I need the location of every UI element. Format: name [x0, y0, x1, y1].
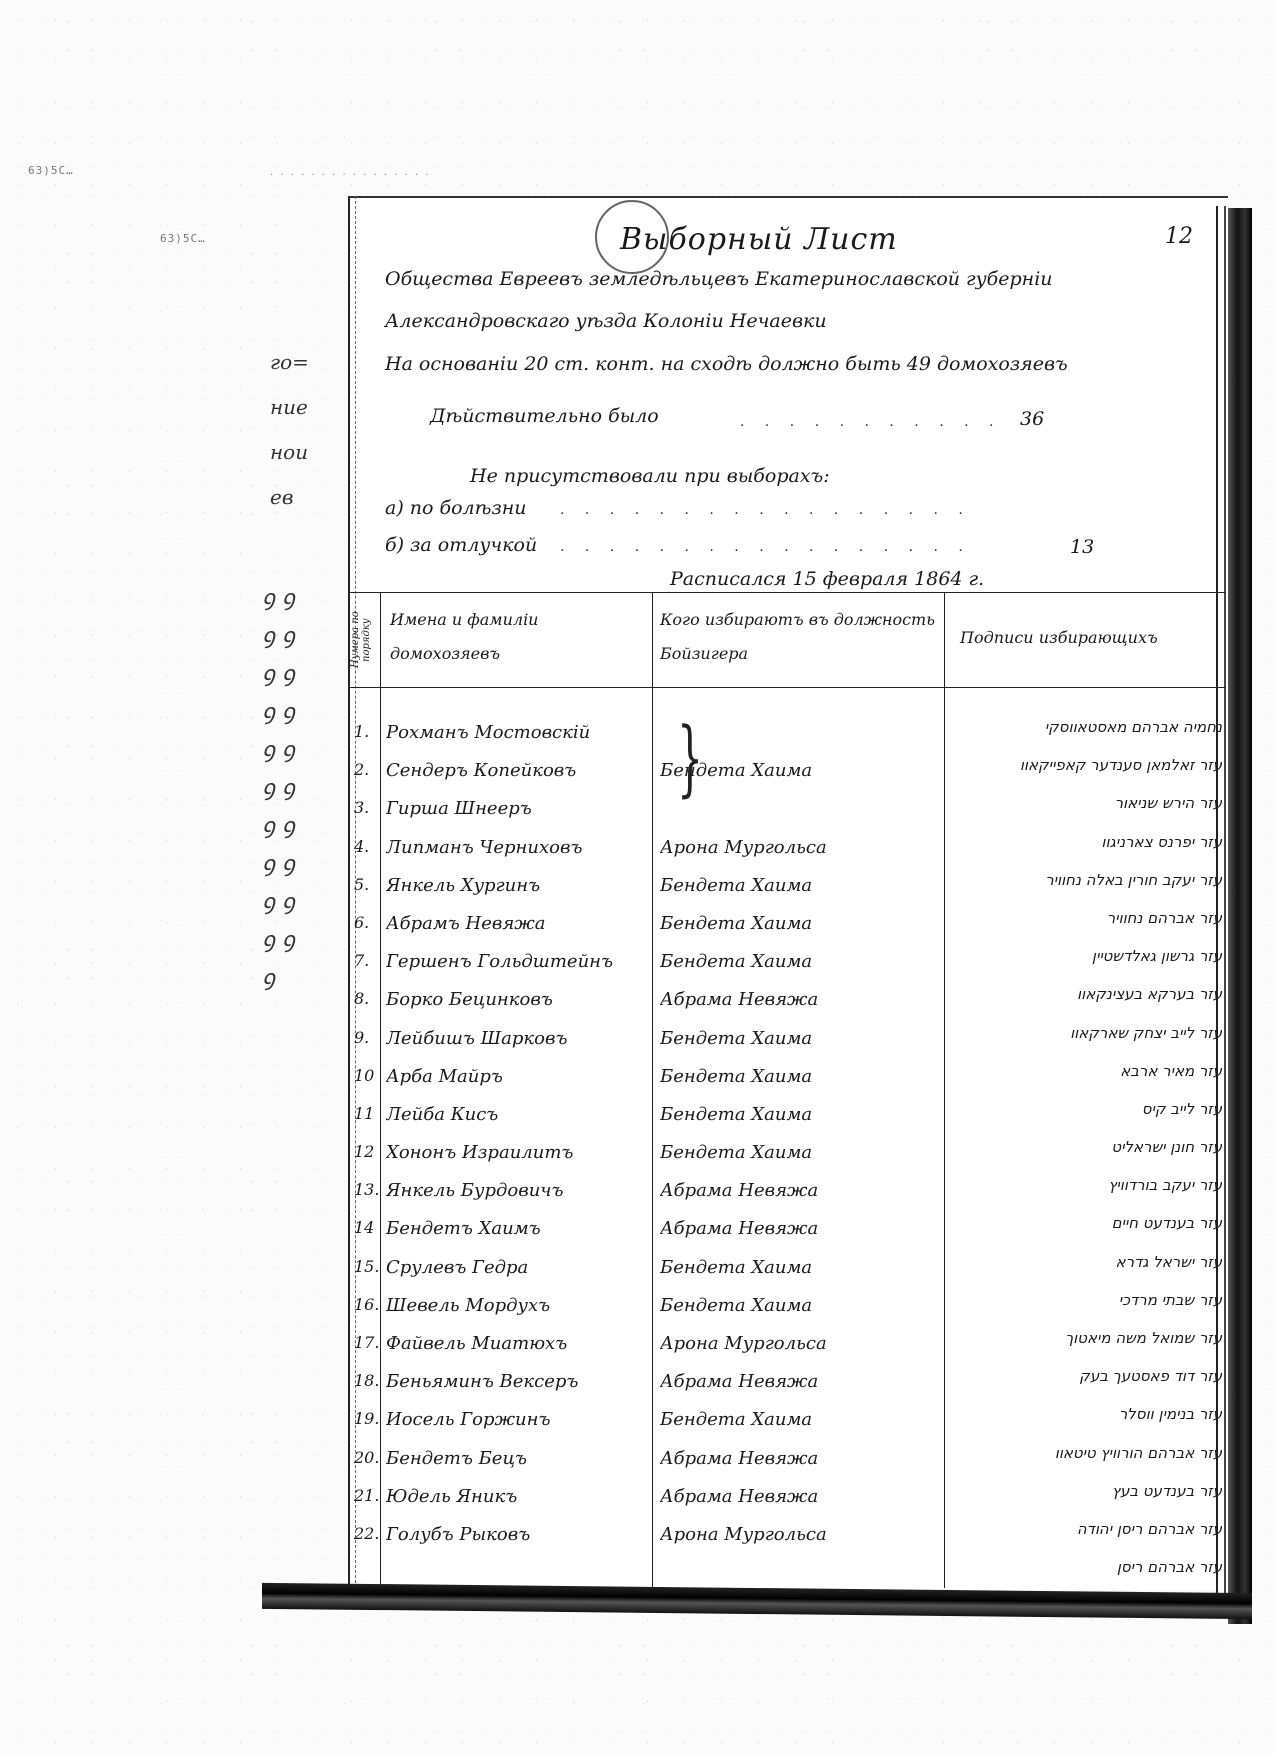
signature: עזר אברהם הורוויץ טיטאוו — [954, 1444, 1222, 1462]
row-number: 21. — [354, 1486, 379, 1505]
table-row: 17.Файвель МиатюхъАрона Мургольсаעזר שמו… — [348, 1329, 1226, 1367]
candidate: Арона Мургольса — [660, 1333, 944, 1354]
row-number: 7. — [354, 951, 369, 970]
leader-dots: · · · · · · · · · · · · · · · · · — [560, 506, 971, 522]
row-number: 20. — [354, 1448, 379, 1467]
candidate: Бендета Хаима — [660, 1295, 944, 1316]
table-row: 1.Рохманъ Мостовскійנחמיה אברהם מאסטאווס… — [348, 718, 1226, 756]
row-number: 3. — [354, 798, 369, 817]
header-line: Общества Евреевъ земледѣльцевъ Екатерино… — [385, 268, 1053, 290]
signature: עזר בענדעט חיים — [954, 1214, 1222, 1232]
absent-away-count: 13 — [1070, 536, 1094, 558]
signature: עזר בערקא בעצינקאוו — [954, 985, 1222, 1003]
table-row: 10Арба МайръБендета Хаимаעזר מאיר ארבא — [348, 1062, 1226, 1100]
header-signature: Подписи избирающихъ — [960, 621, 1220, 655]
signature: עזר מאיר ארבא — [954, 1062, 1222, 1080]
header-candidate: Кого избираютъ въ должность Бойзигера — [660, 603, 940, 671]
table-row: 20.Бендетъ БецъАбрама Невяжаעזר אברהם הו… — [348, 1444, 1226, 1482]
header-line: Александровскаго уѣзда Колоніи Нечаевки — [385, 310, 827, 332]
signature: עזר זאלמאן סענדער קאפייקאוו — [954, 756, 1222, 774]
candidate: Абрама Невяжа — [660, 1371, 944, 1392]
candidate: Абрама Невяжа — [660, 1218, 944, 1239]
candidate: Арона Мургольса — [660, 1524, 944, 1545]
table-row: 7.Гершенъ ГольдштейнъБендета Хаимаעזר גר… — [348, 947, 1226, 985]
absent-item-illness: а) по болѣзни — [385, 497, 527, 519]
signature: עזר דוד פאסטעך בעק — [954, 1367, 1222, 1385]
table-row: 13.Янкель БурдовичъАбрама Невяжаעזר יעקב… — [348, 1176, 1226, 1214]
table-row: 15.Срулевъ ГедраБендета Хаимаעזר ישראל ג… — [348, 1253, 1226, 1291]
signature: עזר לייב יצחק שארקאוו — [954, 1024, 1222, 1042]
householder-name: Беньяминъ Вексеръ — [386, 1371, 651, 1392]
book-binding — [1228, 208, 1252, 1624]
row-number: 19. — [354, 1409, 379, 1428]
table-row: 21.Юдель ЯникъАбрама Невяжаעזר בענדעט בע… — [348, 1482, 1226, 1520]
table-row: 16.Шевель МордухъБендета Хаимаעזר שבתי מ… — [348, 1291, 1226, 1329]
date-line: Расписался 15 февраля 1864 г. — [670, 568, 984, 590]
table-row: 6.Абрамъ НевяжаБендета Хаимаעזר אברהם נח… — [348, 909, 1226, 947]
margin-fragment: нои — [270, 440, 350, 485]
signature: עזר לייב קיס — [954, 1100, 1222, 1118]
row-number: 13. — [354, 1180, 379, 1199]
candidate: Абрама Невяжа — [660, 1448, 944, 1469]
householder-name: Бендетъ Бецъ — [386, 1448, 651, 1469]
signature: עזר יפרנס צארניגוו — [954, 833, 1222, 851]
signature: עזר יעקב בורדוויץ — [954, 1176, 1222, 1194]
header-dots: · · · · · · · · · · · · · · · · — [270, 170, 431, 181]
candidate: Бендета Хаима — [660, 1142, 944, 1163]
householder-name: Шевель Мордухъ — [386, 1295, 651, 1316]
present-label: Дѣйствительно было — [430, 405, 659, 427]
row-number: 11 — [354, 1104, 374, 1123]
householder-name: Борко Бецинковъ — [386, 989, 651, 1010]
margin-stamp: 63)5С… — [160, 232, 206, 245]
table-row: 22.Голубъ РыковъАрона Мургольсаעזר אברהם… — [348, 1520, 1226, 1558]
row-number: 18. — [354, 1371, 379, 1390]
row-number: 10 — [354, 1066, 374, 1085]
householder-name: Лейба Кисъ — [386, 1104, 651, 1125]
householder-name: Файвель Миатюхъ — [386, 1333, 651, 1354]
householder-name: Гирша Шнееръ — [386, 798, 651, 819]
table-header: Нумера по порядку Имена и фамиліи домохо… — [348, 592, 1226, 688]
table-row: 8.Борко БецинковъАбрама Невяжаעזר בערקא … — [348, 985, 1226, 1023]
candidate: Бендета Хаима — [660, 1028, 944, 1049]
table-row: 19.Иосель ГоржинъБендета Хаимаעזר בנימין… — [348, 1405, 1226, 1443]
leader-dots: · · · · · · · · · · · · · · · · · — [560, 543, 971, 559]
row-number: 22. — [354, 1524, 379, 1543]
signature: עזר הירש שניאור — [954, 794, 1222, 812]
signature: עזר שמואל משה מיאטוך — [954, 1329, 1222, 1347]
signature: עזר יעקב חורין באלה נחוויר — [954, 871, 1222, 889]
householder-name: Янкель Бурдовичъ — [386, 1180, 651, 1201]
row-number: 15. — [354, 1257, 379, 1276]
signature: נחמיה אברהם מאסטאווסקי — [954, 718, 1222, 736]
signature: עזר חונן ישראליט — [954, 1138, 1222, 1156]
margin-stamp: 63)5С… — [28, 164, 74, 177]
margin-fragment: ние — [270, 395, 350, 440]
householder-name: Хононъ Израилитъ — [386, 1142, 651, 1163]
table-row: 5.Янкель ХургинъБендета Хаимаעזר יעקב חו… — [348, 871, 1226, 909]
candidate: Бендета Хаима — [660, 1104, 944, 1125]
signature: עזר בענדעט בעץ — [954, 1482, 1222, 1500]
candidate: Абрама Невяжа — [660, 1180, 944, 1201]
row-number: 1. — [354, 722, 369, 741]
row-number: 4. — [354, 837, 369, 856]
row-number: 2. — [354, 760, 369, 779]
candidate: Бендета Хаима — [660, 875, 944, 896]
row-number: 16. — [354, 1295, 379, 1314]
candidate: Бендета Хаима — [660, 1409, 944, 1430]
row-number: 12 — [354, 1142, 374, 1161]
left-margin-marks: ꝯ ꝯ ꝯ ꝯ ꝯ ꝯ ꝯ ꝯ ꝯ ꝯ ꝯ ꝯ ꝯ ꝯ ꝯ ꝯ ꝯ ꝯ ꝯ ꝯ … — [262, 580, 312, 1400]
householder-name: Бендетъ Хаимъ — [386, 1218, 651, 1239]
signature: עזר שבתי מרדכי — [954, 1291, 1222, 1309]
householder-name: Голубъ Рыковъ — [386, 1524, 651, 1545]
candidate: Бендета Хаима — [660, 913, 944, 934]
householder-name: Срулевъ Гедра — [386, 1257, 651, 1278]
signature: עזר ישראל גדרא — [954, 1253, 1222, 1271]
householder-name: Гершенъ Гольдштейнъ — [386, 951, 651, 972]
margin-fragment: ев — [270, 485, 350, 530]
row-number: 8. — [354, 989, 369, 1008]
householder-name: Сендеръ Копейковъ — [386, 760, 651, 781]
signature: עזר גרשון גאלדשטיין — [954, 947, 1222, 965]
householder-name: Иосель Горжинъ — [386, 1409, 651, 1430]
householder-name: Янкель Хургинъ — [386, 875, 651, 896]
left-page-fragments: го= ние нои ев — [270, 350, 350, 530]
folio-number: 12 — [1165, 224, 1193, 249]
leader-dots: · · · · · · · · · · · — [740, 418, 1001, 434]
election-table: Нумера по порядку Имена и фамиліи домохо… — [348, 592, 1226, 1588]
table-body: 1.Рохманъ Мостовскійנחמיה אברהם מאסטאווס… — [348, 718, 1226, 1596]
header-line: На основаніи 20 ст. конт. на сходѣ должн… — [385, 353, 1068, 375]
householder-name: Юдель Яникъ — [386, 1486, 651, 1507]
table-row: 12Хононъ ИзраилитъБендета Хаимаעזר חונן … — [348, 1138, 1226, 1176]
header-number: Нумера по порядку — [350, 597, 378, 683]
householder-name: Рохманъ Мостовскій — [386, 722, 651, 743]
row-number: 9. — [354, 1028, 369, 1047]
table-row: 2.Сендеръ КопейковъБендета Хаимаעזר זאלמ… — [348, 756, 1226, 794]
householder-name: Арба Майръ — [386, 1066, 651, 1087]
candidate: Бендета Хаима — [660, 1257, 944, 1278]
absent-item-away: б) за отлучкой — [385, 534, 537, 556]
row-number: 17. — [354, 1333, 379, 1352]
signature: עזר אברהם ריסן יהודה — [954, 1520, 1222, 1538]
table-row: 9.Лейбишъ ШарковъБендета Хаимаעזר לייב י… — [348, 1024, 1226, 1062]
householder-name: Абрамъ Невяжа — [386, 913, 651, 934]
householder-name: Липманъ Черниховъ — [386, 837, 651, 858]
table-row: 11Лейба КисъБендета Хаимаעזר לייב קיס — [348, 1100, 1226, 1138]
row-number: 5. — [354, 875, 369, 894]
candidate: Бендета Хаима — [660, 951, 944, 972]
margin-fragment: го= — [270, 350, 350, 395]
candidate: Бендета Хаима — [660, 1066, 944, 1087]
signature: עזר אברהם נחוויר — [954, 909, 1222, 927]
candidate: Абрама Невяжа — [660, 989, 944, 1010]
document-title: Выборный Лист — [620, 222, 898, 257]
table-row-extra: עזר אברהם ריסן — [348, 1558, 1226, 1596]
table-row: 18.Беньяминъ ВексеръАбрама Невяжаעזר דוד… — [348, 1367, 1226, 1405]
grouping-brace: } — [677, 718, 703, 800]
householder-name: Лейбишъ Шарковъ — [386, 1028, 651, 1049]
signature: עזר בנימין ווסלר — [954, 1405, 1222, 1423]
candidate: Арона Мургольса — [660, 837, 944, 858]
row-number: 14 — [354, 1218, 374, 1237]
table-row: 4.Липманъ ЧерниховъАрона Мургольсаעזר יפ… — [348, 833, 1226, 871]
absent-heading: Не присутствовали при выборахъ: — [470, 465, 830, 487]
table-row: 3.Гирша Шнееръעזר הירש שניאור — [348, 794, 1226, 832]
signature: עזר אברהם ריסן — [954, 1558, 1222, 1576]
row-number: 6. — [354, 913, 369, 932]
candidate: Абрама Невяжа — [660, 1486, 944, 1507]
table-row: 14Бендетъ ХаимъАбрама Невяжаעזר בענדעט ח… — [348, 1214, 1226, 1252]
header-name: Имена и фамиліи домохозяевъ — [390, 603, 650, 671]
present-count: 36 — [1020, 408, 1044, 430]
